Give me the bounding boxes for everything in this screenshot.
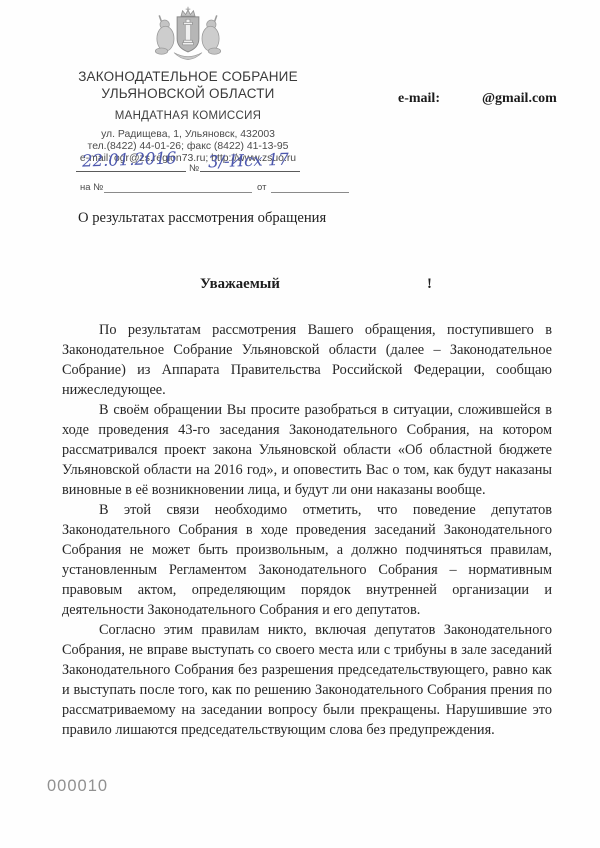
letterhead: ЗАКОНОДАТЕЛЬНОЕ СОБРАНИЕ УЛЬЯНОВСКОЙ ОБЛ… xyxy=(40,6,336,164)
handwritten-outgoing-number: 3/-Исх 17 xyxy=(208,150,289,172)
paragraph-4: Согласно этим правилам никто, включая де… xyxy=(62,620,552,740)
reply-from-label: от xyxy=(257,182,266,193)
reply-number-line xyxy=(104,192,252,193)
coat-of-arms-icon xyxy=(148,6,228,62)
salutation-text: Уважаемый xyxy=(200,276,280,293)
handwritten-date: 22.01.2016 xyxy=(82,148,177,170)
paragraph-1: По результатам рассмотрения Вашего обращ… xyxy=(62,320,552,400)
reply-date-line xyxy=(271,192,349,193)
number-sign-label: № xyxy=(189,163,199,174)
reply-to-label: на № xyxy=(80,182,103,193)
commission-name: МАНДАТНАЯ КОМИССИЯ xyxy=(40,110,336,122)
org-name-line2: УЛЬЯНОВСКОЙ ОБЛАСТИ xyxy=(40,86,336,101)
recipient-email-domain: @gmail.com xyxy=(482,91,557,106)
salutation-exclamation: ! xyxy=(427,276,432,293)
recipient-email-block: e-mail:@gmail.com xyxy=(398,91,557,107)
paragraph-3: В этой связи необходимо отметить, что по… xyxy=(62,500,552,620)
org-name-line1: ЗАКОНОДАТЕЛЬНОЕ СОБРАНИЕ xyxy=(40,69,336,84)
recipient-email-label: e-mail: xyxy=(398,91,440,106)
letter-subject: О результатах рассмотрения обращения xyxy=(78,210,326,227)
letterhead-address: ул. Радищева, 1, Ульяновск, 432003 xyxy=(40,129,336,141)
letter-body: По результатам рассмотрения Вашего обращ… xyxy=(62,320,552,740)
scanned-letter-page: ЗАКОНОДАТЕЛЬНОЕ СОБРАНИЕ УЛЬЯНОВСКОЙ ОБЛ… xyxy=(0,0,600,848)
date-line xyxy=(76,171,186,172)
paragraph-2: В своём обращении Вы просите разобраться… xyxy=(62,400,552,500)
page-scan-code: 000010 xyxy=(47,777,108,796)
